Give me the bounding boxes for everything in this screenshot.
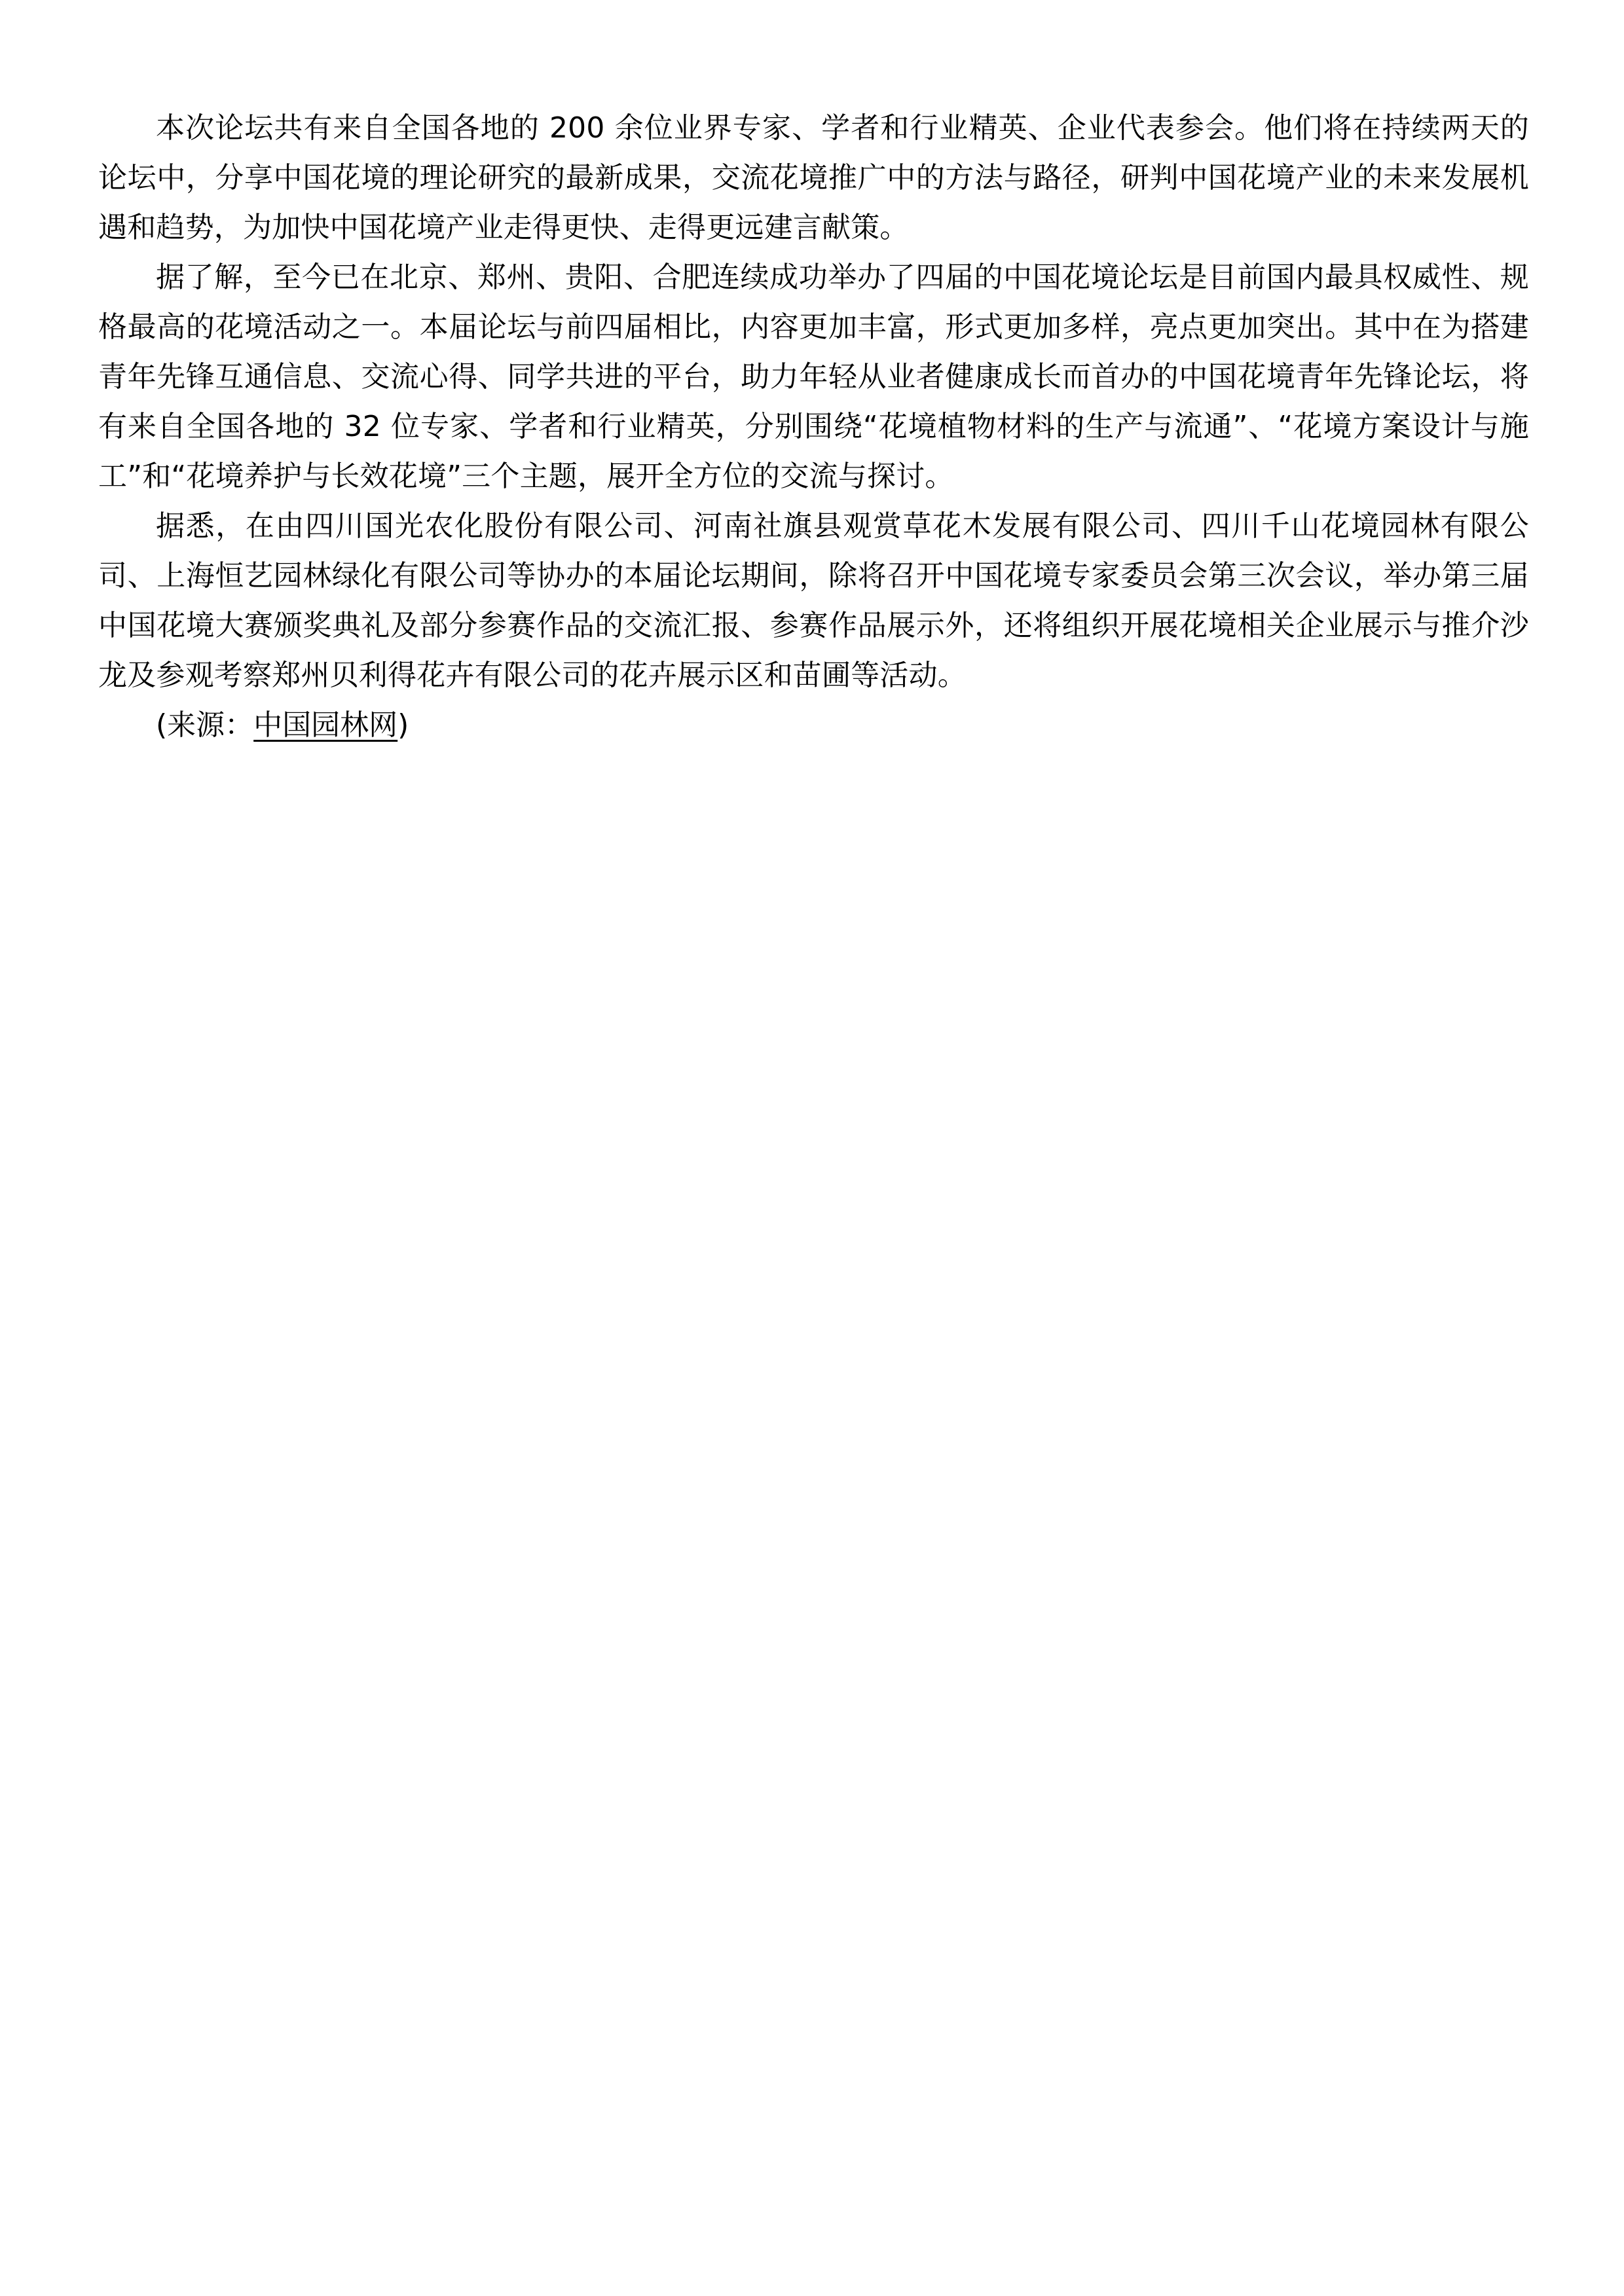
paragraph-forum-history: 据了解，至今已在北京、郑州、贵阳、合肥连续成功举办了四届的中国花境论坛是目前国内… [98, 253, 1529, 501]
paragraph-forum-attendees: 本次论坛共有来自全国各地的 200 余位业界专家、学者和行业精英、企业代表参会。… [98, 103, 1529, 253]
source-link[interactable]: 中国园林网 [253, 708, 397, 742]
source-attribution: (来源：中国园林网) [98, 701, 1529, 750]
source-prefix: (来源： [156, 708, 253, 742]
document-body: 本次论坛共有来自全国各地的 200 余位业界专家、学者和行业精英、企业代表参会。… [98, 103, 1529, 750]
source-suffix: ) [397, 708, 409, 742]
paragraph-forum-activities: 据悉，在由四川国光农化股份有限公司、河南社旗县观赏草花木发展有限公司、四川千山花… [98, 501, 1529, 701]
